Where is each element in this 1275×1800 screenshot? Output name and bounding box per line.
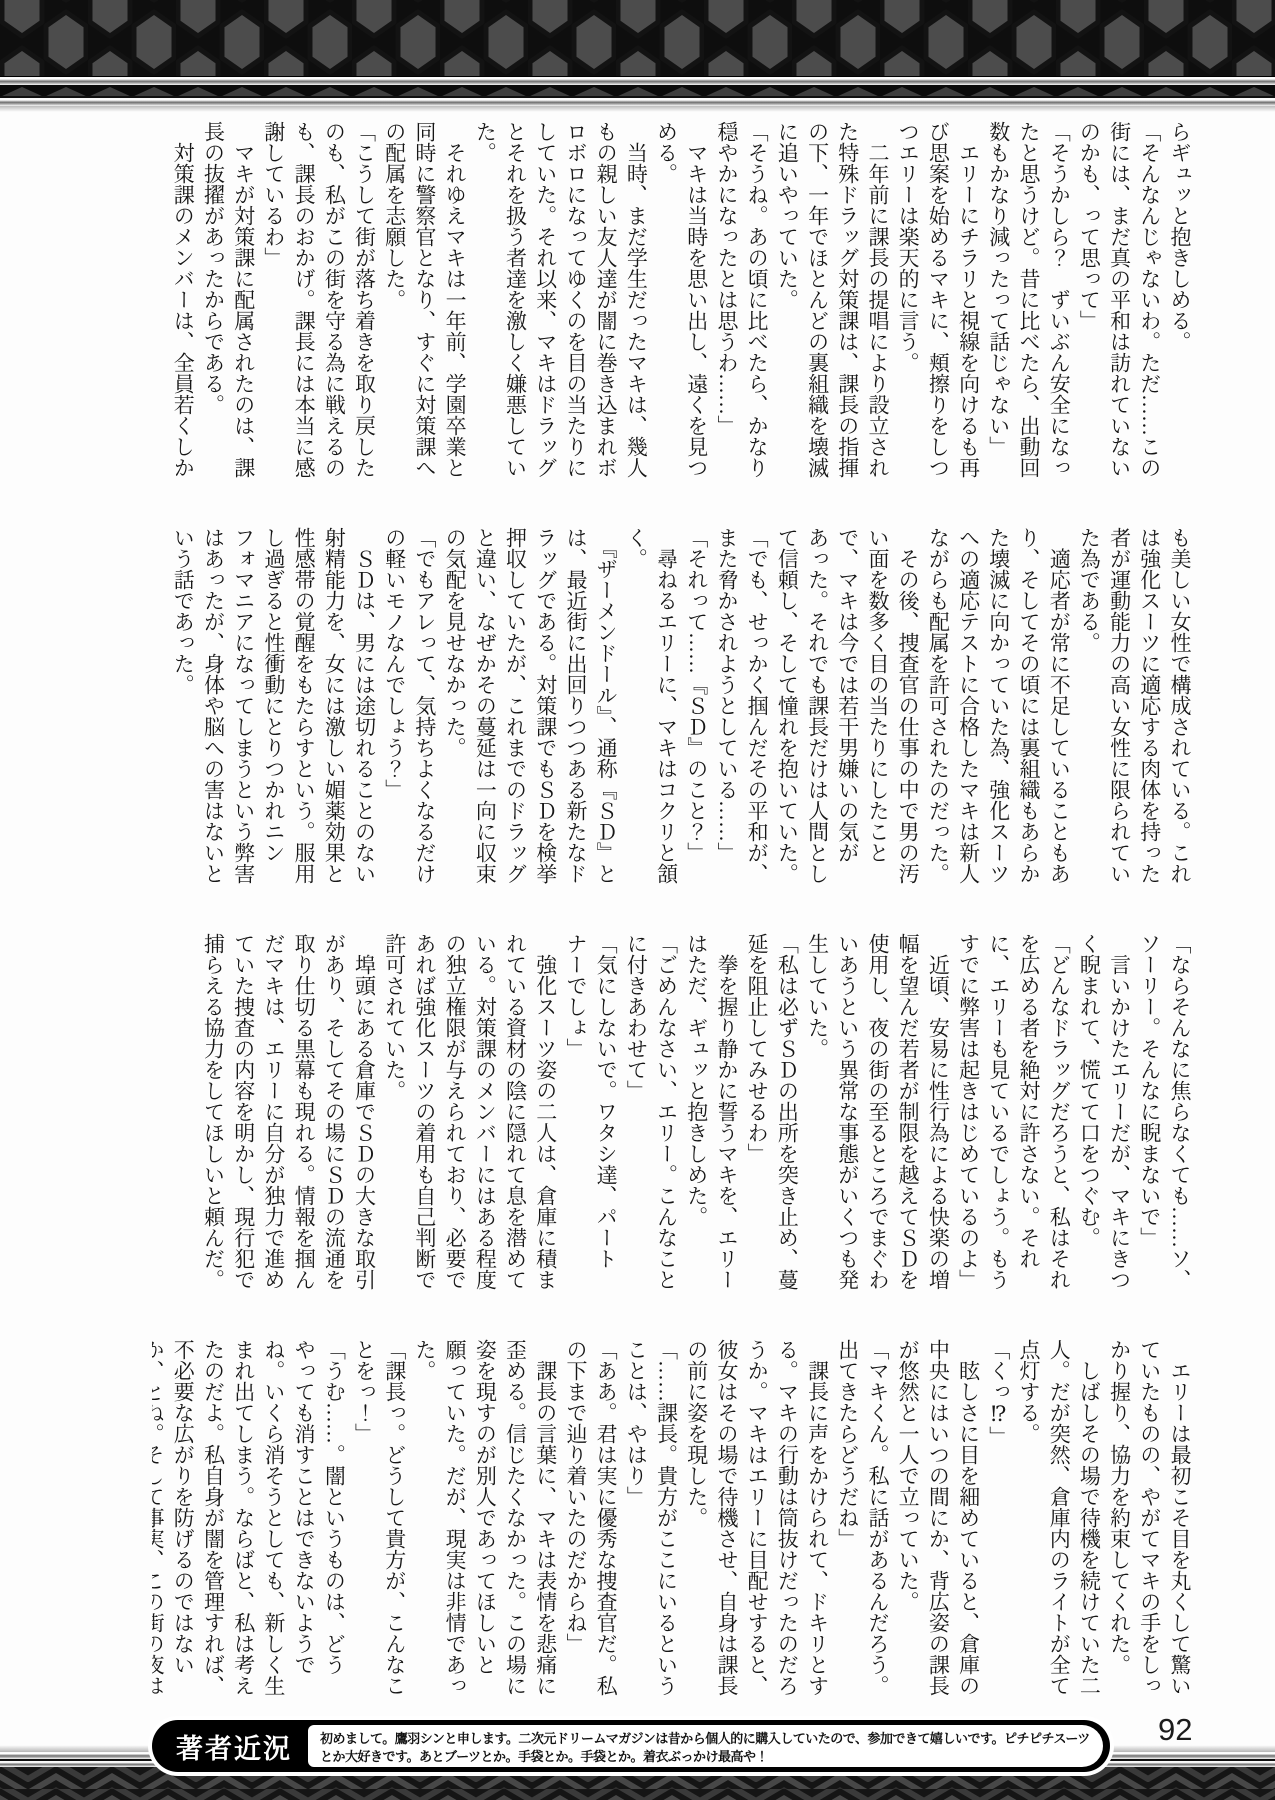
author-note-line-2: とか大好きです。あとブーツとか。手袋とか。手袋とか。着衣ぶっかけ最高や！ bbox=[320, 1748, 1091, 1766]
author-note-line-1: 初めまして。鷹羽シンと申します。二次元ドリームマガジンは昔から個人的に購入してい… bbox=[320, 1730, 1091, 1748]
story-band-1: らギュッと抱きしめる。 「そんなんじゃないわ。ただ……この街には、まだ真の平和は… bbox=[152, 121, 1195, 495]
top-hexagon-band bbox=[0, 0, 1275, 76]
metal-stripe-top-2 bbox=[0, 98, 1275, 106]
author-note-text: 初めまして。鷹羽シンと申します。二次元ドリームマガジンは昔から個人的に購入してい… bbox=[308, 1725, 1103, 1767]
story-band-4: エリーは最初こそ目を丸くして驚いていたものの、やがてマキの手をしっかり握り、協力… bbox=[152, 1339, 1195, 1713]
story-band-2: も美しい女性で構成されている。これは強化スーツに適応する肉体を持った者が運動能力… bbox=[152, 527, 1195, 901]
metal-fade-top bbox=[0, 106, 1275, 112]
zigzag-pattern-top bbox=[0, 85, 1275, 96]
hexagon-pattern-top bbox=[0, 0, 1275, 76]
page-number: 92 bbox=[1158, 1712, 1192, 1748]
author-note-label: 著者近況 bbox=[152, 1727, 308, 1766]
magazine-page: らギュッと抱きしめる。 「そんなんじゃないわ。ただ……この街には、まだ真の平和は… bbox=[0, 0, 1275, 1800]
author-note-bar: 著者近況 初めまして。鷹羽シンと申します。二次元ドリームマガジンは昔から個人的に… bbox=[152, 1720, 1110, 1772]
hex-tip-strip-top bbox=[0, 84, 1275, 96]
story-band-3: 「ならそんなに焦らなくても……ソ、ソーリー。そんなに睨まないで」 言いかけたエリ… bbox=[152, 933, 1195, 1307]
